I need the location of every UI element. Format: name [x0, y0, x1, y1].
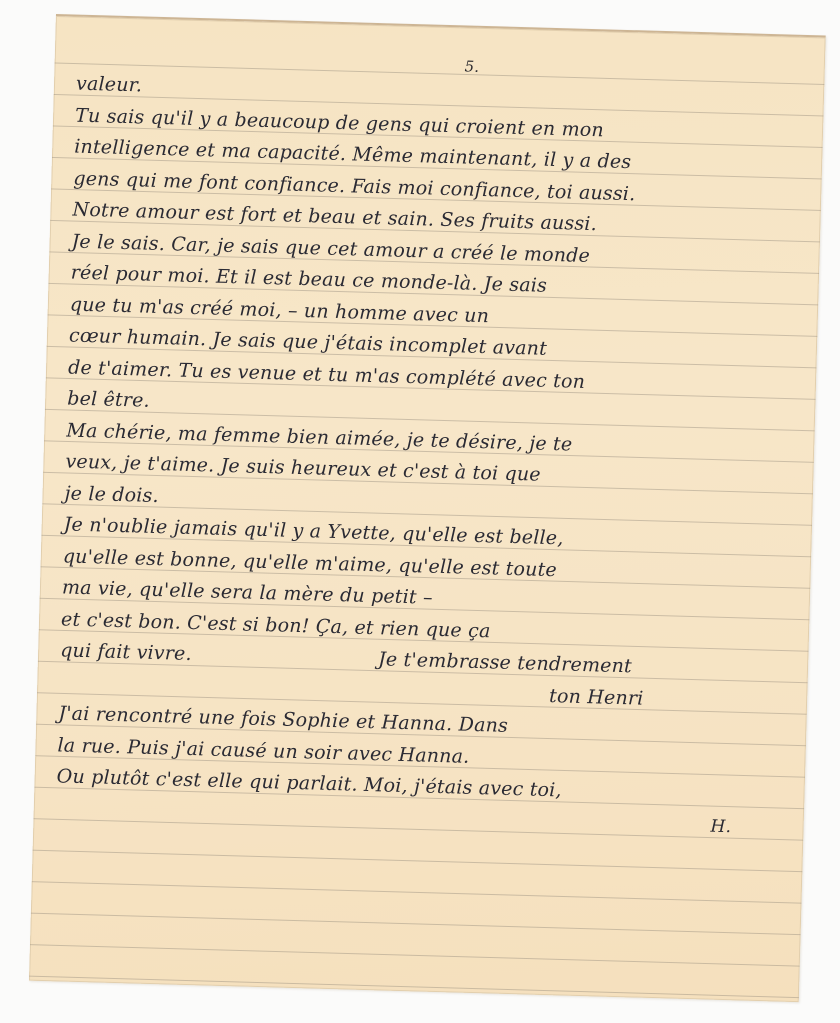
page-number: 5.: [464, 57, 479, 75]
letter-body: valeur. Tu sais qu'il y a beaucoup de ge…: [55, 69, 816, 845]
letter-page: 5. valeur. Tu sais qu'il y a beaucoup de…: [29, 14, 826, 1002]
letter-line-text: qui fait vivre.: [60, 639, 192, 665]
